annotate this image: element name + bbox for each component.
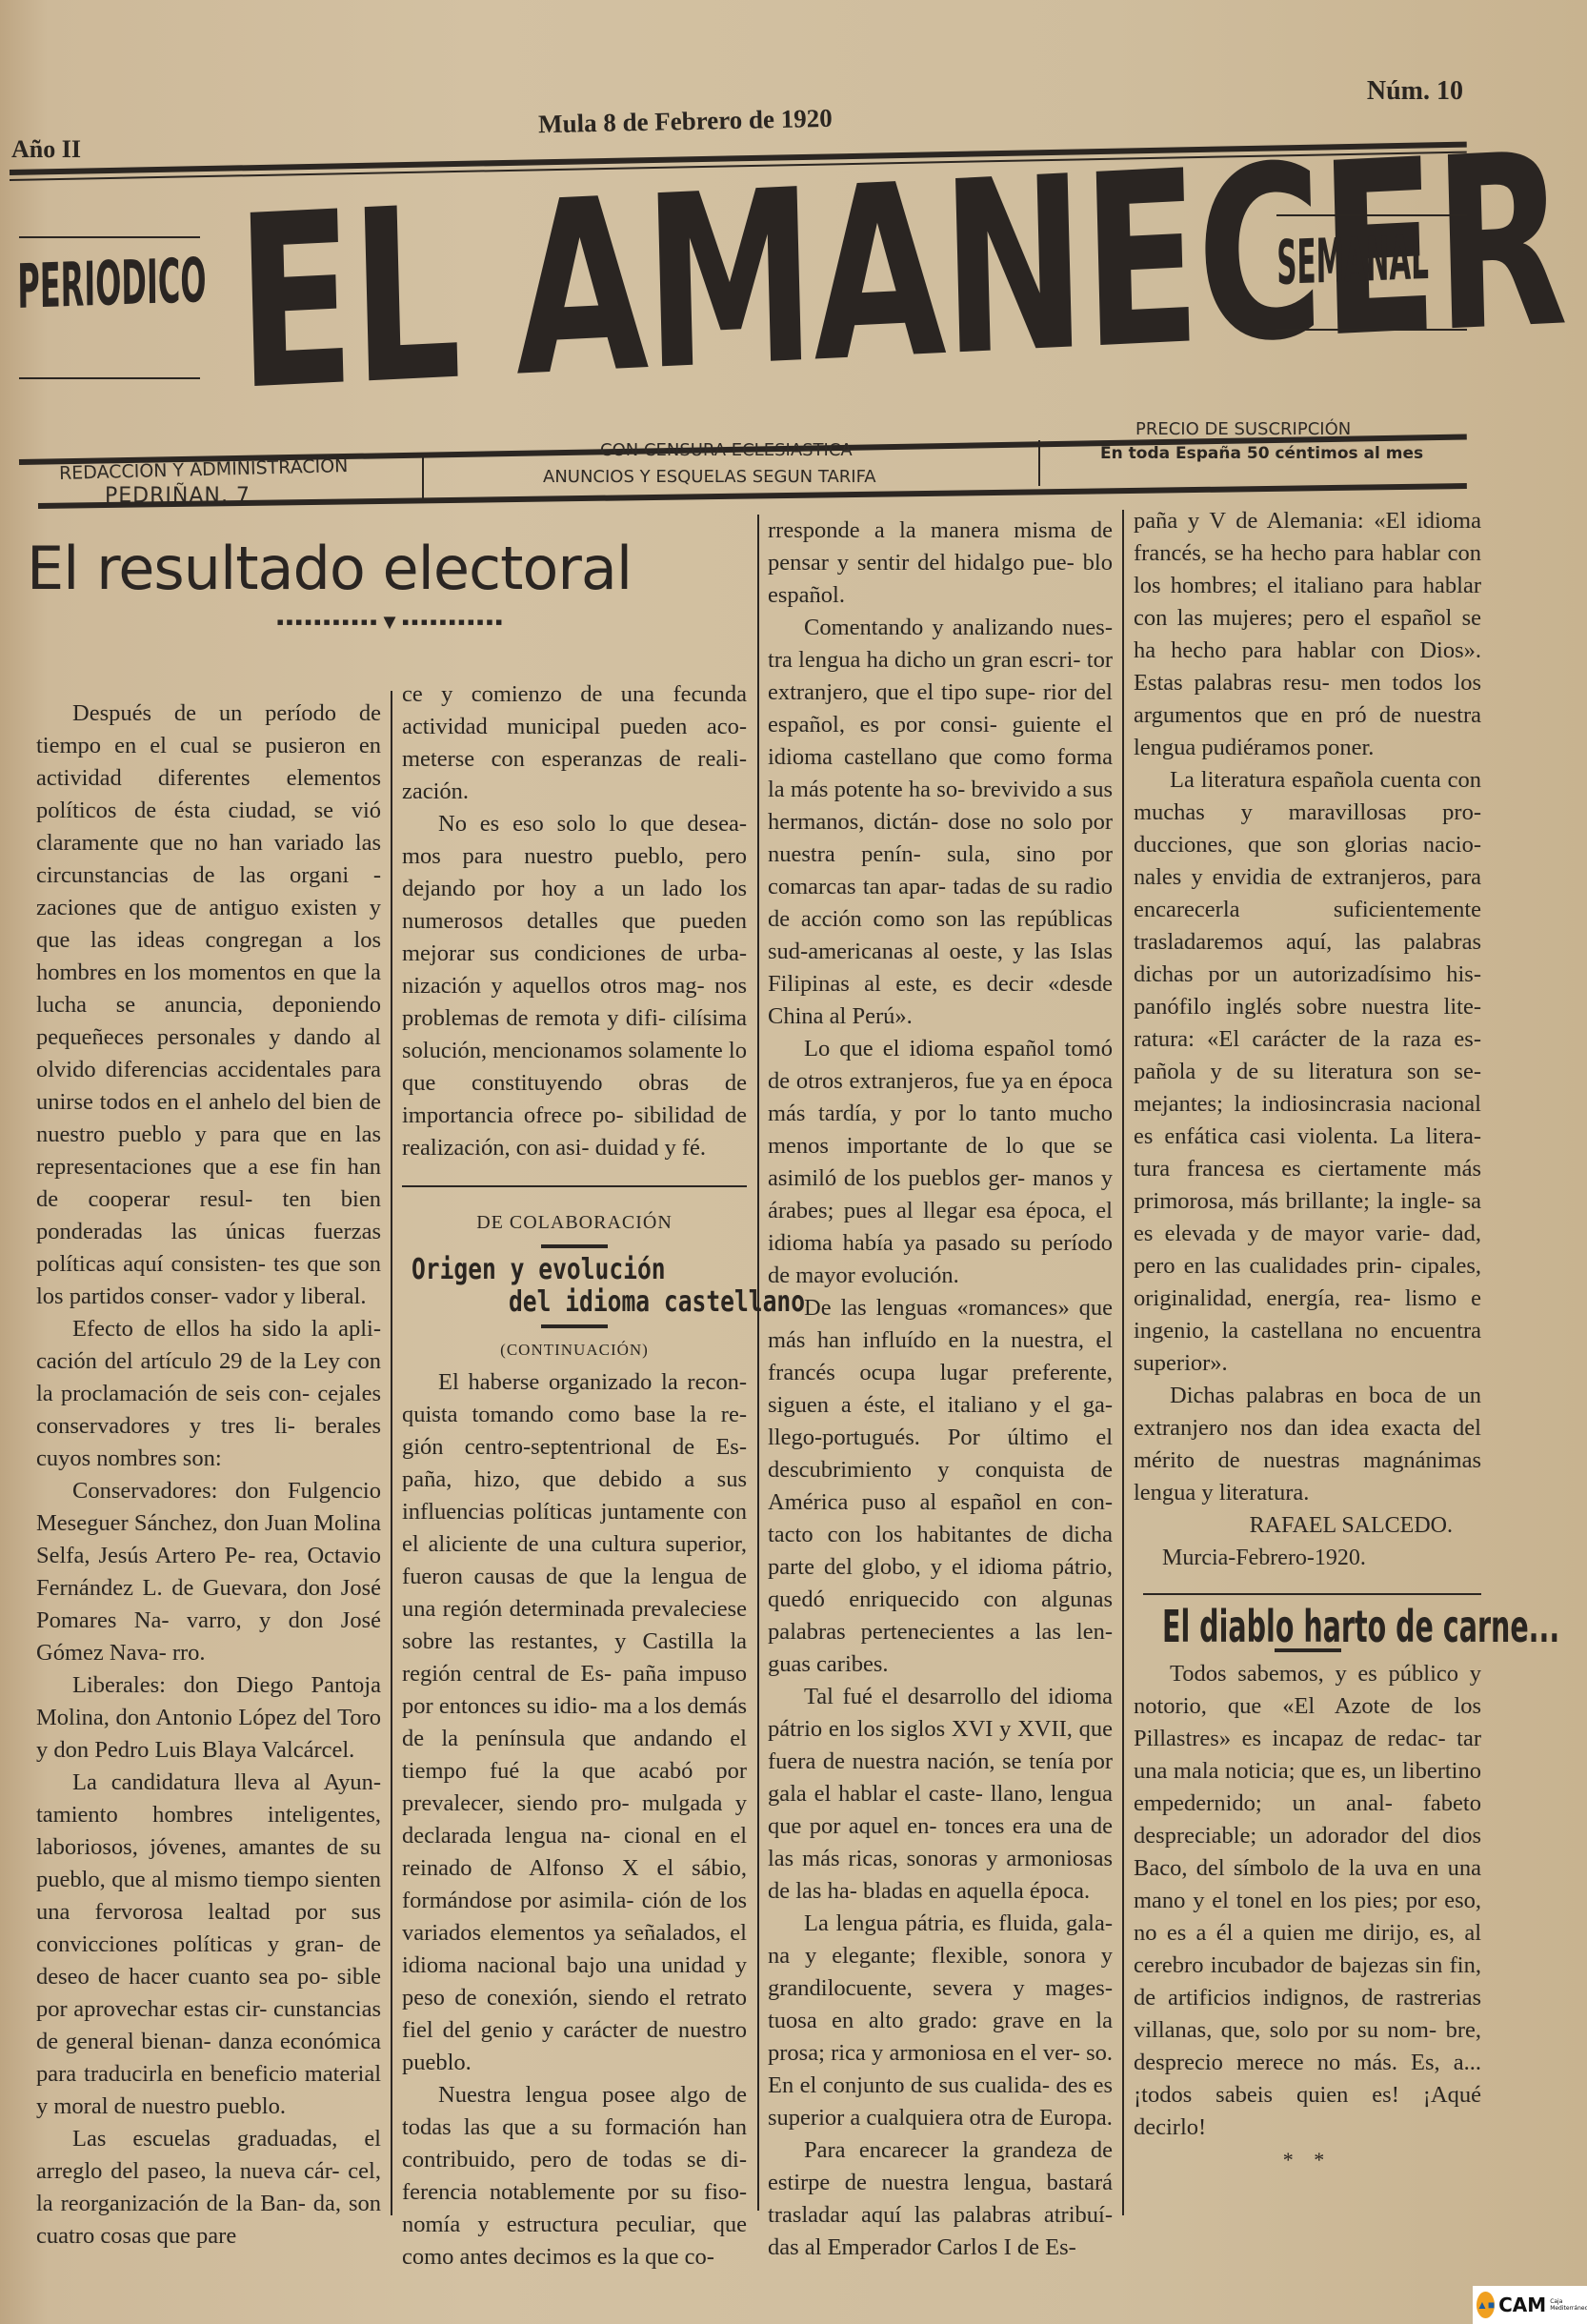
logo-subtitle-line2: Mediterráneo [1550, 2305, 1587, 2312]
column-divider-3 [1122, 510, 1124, 2215]
cam-logo: ▲■ CAM Caja Mediterráneo [1473, 2286, 1587, 2324]
paragraph: No es eso solo lo que desea- mos para nu… [402, 808, 747, 1164]
year-label: Año II [11, 135, 81, 164]
header-divider-2 [1038, 440, 1040, 486]
paragraph: Todos sabemos, y es público y notorio, q… [1134, 1658, 1481, 2144]
paragraph: La candidatura lleva al Ayun- tamiento h… [36, 1767, 381, 2123]
column-divider-2 [757, 515, 759, 2211]
paragraph: Conservadores: don Fulgencio Meseguer Sá… [36, 1475, 381, 1669]
paragraph: La lengua pátria, es fluida, gala- na y … [768, 1908, 1113, 2134]
header-divider-1 [422, 454, 424, 499]
paragraph: Las escuelas graduadas, el arreglo del p… [36, 2123, 381, 2253]
paragraph: Liberales: don Diego Pantoja Molina, don… [36, 1669, 381, 1767]
logo-subtitle: Caja Mediterráneo [1550, 2298, 1587, 2312]
section-label: DE COLABORACIÓN [402, 1206, 747, 1239]
semanal-word: SEMANAL [1276, 223, 1429, 299]
paragraph: paña y V de Alemania: «El idioma francés… [1134, 505, 1481, 764]
right-ornament-rule-2 [1276, 329, 1467, 331]
subscription-label: PRECIO DE SUSCRIPCIÓN [1135, 419, 1351, 439]
paragraph: La literatura española cuenta con muchas… [1134, 764, 1481, 1380]
left-ornament-rule [19, 236, 200, 238]
end-mark: * * [1134, 2144, 1481, 2176]
column-4: paña y V de Alemania: «El idioma francés… [1134, 505, 1481, 2176]
paragraph: Para encarecer la grandeza de estirpe de… [768, 2134, 1113, 2264]
column-1: Después de un período de tiempo en el cu… [36, 697, 381, 2253]
logo-brand: CAM [1498, 2294, 1546, 2316]
column-divider-1 [391, 691, 392, 2215]
article-title-line1: Origen y evolución [412, 1254, 687, 1286]
left-ornament-rule-2 [19, 377, 200, 379]
paragraph: De las lenguas «romances» que más han in… [768, 1292, 1113, 1681]
article-separator [1143, 1593, 1481, 1595]
continuation-label: (CONTINUACIÓN) [402, 1334, 747, 1366]
paragraph: Comentando y analizando nues- tra lengua… [768, 612, 1113, 1033]
article-separator [402, 1185, 747, 1187]
paragraph: rresponde a la manera misma de pensar y … [768, 515, 1113, 612]
paragraph: Después de un período de tiempo en el cu… [36, 697, 381, 1313]
headline-diablo: El diablo harto de carne... [1162, 1610, 1360, 1643]
paragraph: Dichas palabras en boca de un extranjero… [1134, 1380, 1481, 1509]
censorship-note: CON CENSURA ECLESIASTICA [600, 440, 853, 460]
paragraph: Efecto de ellos ha sido la apli- cación … [36, 1313, 381, 1475]
periodico-word: PERIODICO [17, 246, 207, 323]
column-2: ce y comienzo de una fecunda actividad m… [402, 678, 747, 2273]
headline-electoral: El resultado electoral [27, 534, 632, 603]
title-dash [541, 1324, 608, 1328]
paragraph: Tal fué el desarrollo del idioma pátrio … [768, 1681, 1113, 1908]
subscription-price: En toda España 50 céntimos al mes [1100, 444, 1423, 463]
author-signature: RAFAEL SALCEDO. [1134, 1509, 1481, 1542]
headline-ornament: ▪▪▪▪▪▪▪▪▪▪▪▼▪▪▪▪▪▪▪▪▪▪▪ [210, 610, 572, 635]
issue-number: Núm. 10 [1367, 76, 1463, 107]
ads-note: ANUNCIOS Y ESQUELAS SEGUN TARIFA [543, 467, 876, 487]
newspaper-title: EL AMANECER [233, 131, 994, 443]
paragraph: Lo que el idioma español tomó de otros e… [768, 1033, 1113, 1292]
column-3: rresponde a la manera misma de pensar y … [768, 515, 1113, 2264]
paragraph: Nuestra lengua posee algo de todas las q… [402, 2079, 747, 2273]
article-title-line2: del idioma castellano [509, 1286, 704, 1319]
logo-mark-icon: ▲■ [1477, 2292, 1495, 2318]
logo-subtitle-line1: Caja [1550, 2298, 1587, 2305]
place-date: Murcia-Febrero-1920. [1134, 1542, 1481, 1574]
paragraph: El haberse organizado la recon- quista t… [402, 1366, 747, 2079]
newspaper-page: Núm. 10 Mula 8 de Febrero de 1920 Año II… [0, 0, 1587, 2324]
section-dash [541, 1244, 608, 1248]
right-ornament-rule [1276, 214, 1467, 216]
dateline: Mula 8 de Febrero de 1920 [538, 104, 833, 139]
paragraph: ce y comienzo de una fecunda actividad m… [402, 678, 747, 808]
